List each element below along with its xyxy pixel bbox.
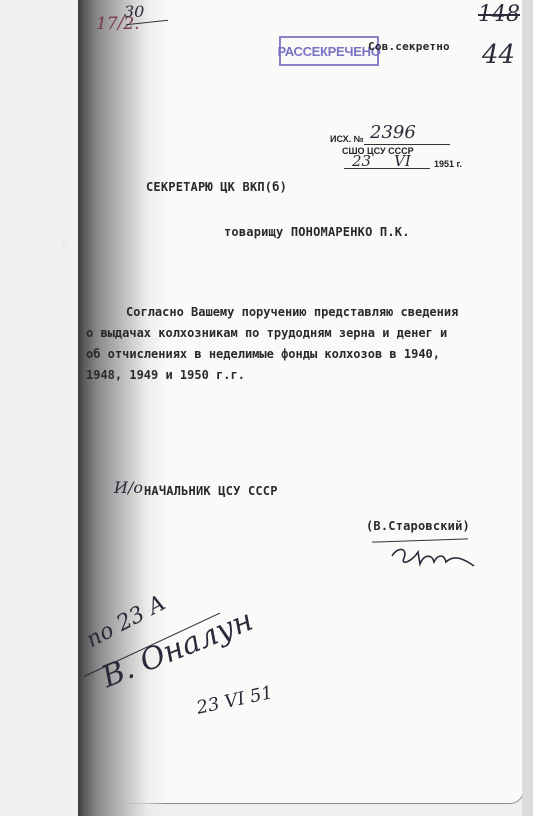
signature-scribble (388, 542, 478, 570)
body-line: о выдачах колхозникам по трудодням зерна… (86, 323, 506, 344)
declassified-stamp: РАССЕКРЕЧЕНО (279, 36, 379, 66)
out-label: ИСХ. № (330, 134, 364, 144)
body-line: Согласно Вашему поручению представляю св… (86, 302, 506, 323)
page-number-crossed: 148 (478, 2, 520, 27)
classification-label: Сов.секретно (368, 40, 450, 53)
reg-year: 1951 г. (434, 159, 462, 169)
document-page (80, 0, 524, 804)
addressee-name: товарищу ПОНОМАРЕНКО П.К. (224, 225, 410, 239)
out-number: 2396 (370, 122, 416, 143)
body-line: об отчислениях в неделимые фонды колхозо… (86, 344, 506, 365)
signatory-name: (В.Старовский) (366, 519, 470, 533)
signatory-title: НАЧАЛЬНИК ЦСУ СССР (144, 484, 278, 498)
page-edge (522, 0, 533, 816)
page-number: 44 (482, 40, 515, 70)
body-line: 1948, 1949 и 1950 г.г. (86, 365, 506, 386)
letter-body: Согласно Вашему поручению представляю св… (86, 302, 506, 386)
acting-prefix: И/о (114, 478, 143, 497)
handwritten-count: 30 (124, 2, 144, 21)
addressee-title: СЕКРЕТАРЮ ЦК ВКП(б) (146, 180, 287, 194)
